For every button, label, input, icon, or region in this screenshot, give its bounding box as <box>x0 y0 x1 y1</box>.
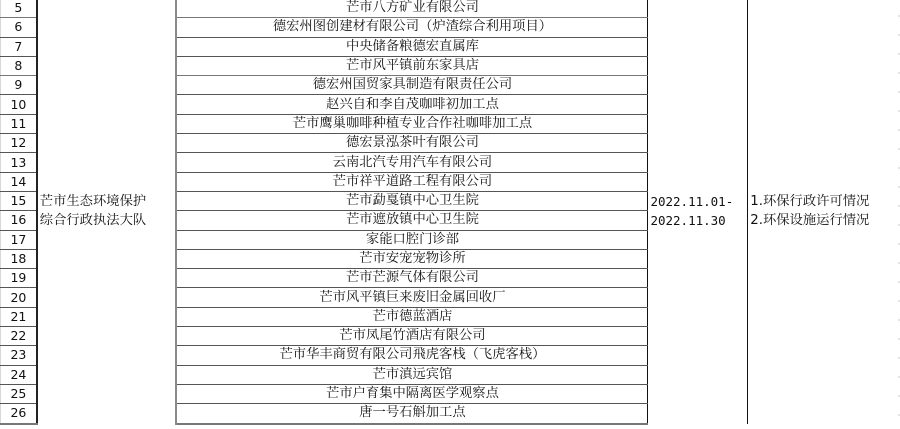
row-number-cell[interactable]: 5 <box>1 0 37 18</box>
unit-line-2: 综合行政执法大队 <box>40 211 176 230</box>
row-number-cell[interactable]: 21 <box>1 307 37 326</box>
row-number-cell[interactable]: 16 <box>1 211 37 230</box>
row-number-cell[interactable]: 10 <box>1 95 37 114</box>
company-name-cell[interactable]: 芒市德蓝酒店 <box>176 307 647 326</box>
company-name-cell[interactable]: 芒市华丰商贸有限公司飛虎客栈（飞虎客栈） <box>176 346 647 365</box>
inspection-period-cell[interactable]: 2022.11.01- 2022.11.30 <box>648 0 748 424</box>
company-name-cell[interactable]: 芒市八方矿业有限公司 <box>176 0 647 18</box>
inspection-table: 5 芒市生态环境保护 综合行政执法大队 芒市八方矿业有限公司 2022.11.0… <box>0 0 900 425</box>
company-name-cell[interactable]: 中央储备粮德宏直属库 <box>176 37 647 56</box>
row-number-cell[interactable]: 7 <box>1 37 37 56</box>
row-number-cell[interactable]: 25 <box>1 384 37 403</box>
row-number-cell[interactable]: 8 <box>1 56 37 75</box>
row-number-cell[interactable]: 19 <box>1 269 37 288</box>
row-number-cell[interactable]: 11 <box>1 114 37 133</box>
period-line-2: 2022.11.30 <box>650 211 747 230</box>
row-number-cell[interactable]: 23 <box>1 346 37 365</box>
company-name-cell[interactable]: 赵兴自和李自茂咖啡初加工点 <box>176 95 647 114</box>
table-row: 5 芒市生态环境保护 综合行政执法大队 芒市八方矿业有限公司 2022.11.0… <box>1 0 900 18</box>
items-line-1: 1.环保行政许可情况 <box>750 192 898 211</box>
row-number-cell[interactable]: 26 <box>1 404 37 424</box>
company-name-cell[interactable]: 芒市风平镇前东家具店 <box>176 56 647 75</box>
company-name-cell[interactable]: 家能口腔门诊部 <box>176 230 647 249</box>
row-number-cell[interactable]: 14 <box>1 172 37 191</box>
company-name-cell[interactable]: 芒市勐戛镇中心卫生院 <box>176 191 647 210</box>
company-name-cell[interactable]: 德宏州图创建材有限公司（炉渣综合利用项目） <box>176 18 647 37</box>
row-number-cell[interactable]: 24 <box>1 365 37 384</box>
company-name-cell[interactable]: 芒市芒源气体有限公司 <box>176 269 647 288</box>
row-number-cell[interactable]: 9 <box>1 76 37 95</box>
company-name-cell[interactable]: 芒市滇远宾馆 <box>176 365 647 384</box>
period-line-1: 2022.11.01- <box>650 192 747 211</box>
company-name-cell[interactable]: 芒市凤尾竹酒店有限公司 <box>176 327 647 346</box>
company-name-cell[interactable]: 芒市风平镇巨来废旧金属回收厂 <box>176 288 647 307</box>
company-name-cell[interactable]: 德宏景泓茶叶有限公司 <box>176 134 647 153</box>
row-number-cell[interactable]: 17 <box>1 230 37 249</box>
row-number-cell[interactable]: 18 <box>1 249 37 268</box>
row-number-cell[interactable]: 13 <box>1 153 37 172</box>
company-name-cell[interactable]: 唐一号石斛加工点 <box>176 404 647 424</box>
row-number-cell[interactable]: 12 <box>1 134 37 153</box>
enforcement-unit-cell[interactable]: 芒市生态环境保护 综合行政执法大队 <box>37 0 177 424</box>
row-number-cell[interactable]: 15 <box>1 191 37 210</box>
row-number-cell[interactable]: 20 <box>1 288 37 307</box>
inspection-items-cell[interactable]: 1.环保行政许可情况 2.环保设施运行情况 <box>748 0 899 424</box>
company-name-cell[interactable]: 芒市安宠宠物诊所 <box>176 249 647 268</box>
company-name-cell[interactable]: 芒市遮放镇中心卫生院 <box>176 211 647 230</box>
company-name-cell[interactable]: 芒市鹰巢咖啡种植专业合作社咖啡加工点 <box>176 114 647 133</box>
company-name-cell[interactable]: 芒市户育集中隔离医学观察点 <box>176 384 647 403</box>
row-number-cell[interactable]: 6 <box>1 18 37 37</box>
items-line-2: 2.环保设施运行情况 <box>750 211 898 230</box>
row-number-cell[interactable]: 22 <box>1 327 37 346</box>
company-name-cell[interactable]: 芒市祥平道路工程有限公司 <box>176 172 647 191</box>
company-name-cell[interactable]: 云南北汽专用汽车有限公司 <box>176 153 647 172</box>
spreadsheet: 5 芒市生态环境保护 综合行政执法大队 芒市八方矿业有限公司 2022.11.0… <box>0 0 900 425</box>
company-name-cell[interactable]: 德宏州国贸家具制造有限责任公司 <box>176 76 647 95</box>
unit-line-1: 芒市生态环境保护 <box>40 192 176 211</box>
